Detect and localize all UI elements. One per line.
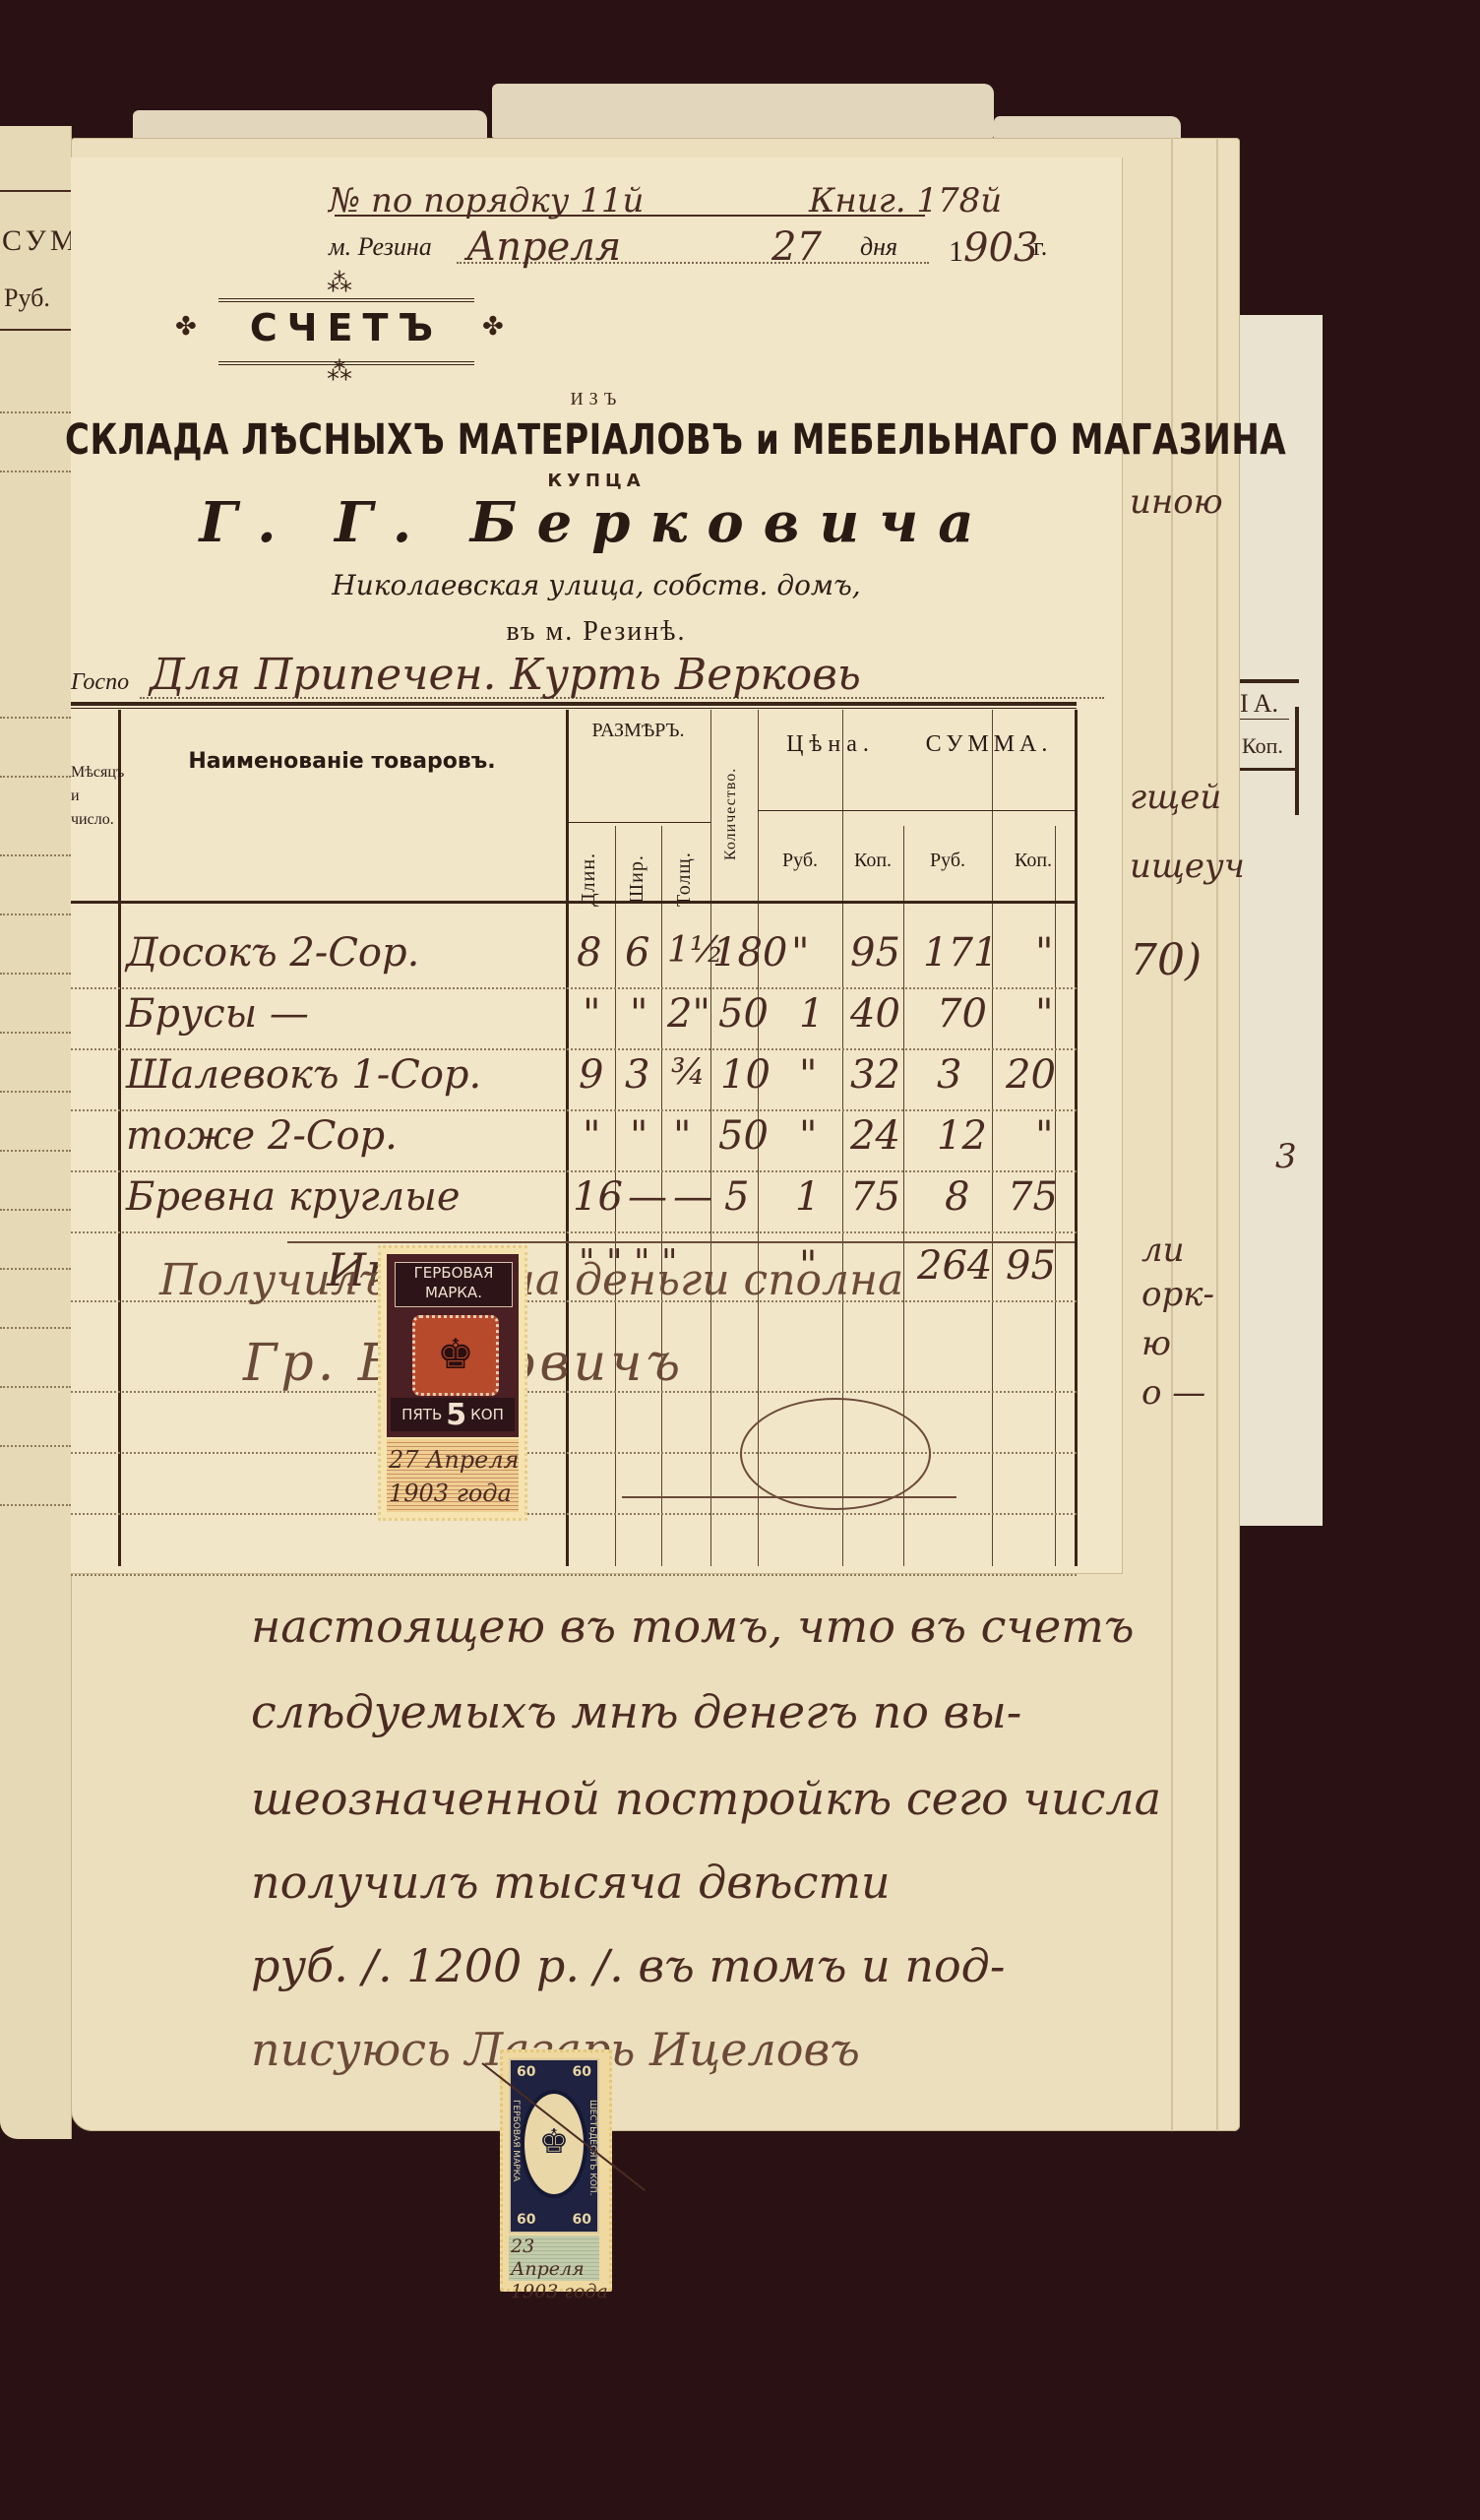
invoice-title: СЧЕТЪ bbox=[218, 306, 474, 349]
stamp-corner-value: 60 bbox=[517, 2064, 535, 2080]
table-row: Шалевокъ 1-Сор. 9 3 ¾ 10 " 32 3 20 bbox=[71, 1050, 1077, 1111]
dotted-rule bbox=[71, 1231, 1077, 1233]
cell-sum-kop: 75 bbox=[1008, 1174, 1058, 1220]
merchant-label: КУПЦА bbox=[71, 471, 1122, 491]
cell-length: " bbox=[583, 991, 600, 1037]
dotted-rule bbox=[0, 1386, 71, 1388]
cell-name: Досокъ 2-Сор. bbox=[126, 930, 419, 976]
cell-sum-kop: " bbox=[1035, 930, 1053, 976]
header-price: Цѣна. bbox=[758, 731, 903, 758]
cell-sum-rub: 8 bbox=[945, 1174, 969, 1220]
rub-header-fragment: Руб. bbox=[4, 283, 50, 313]
cell-sum-kop: 20 bbox=[1006, 1052, 1056, 1098]
cell-thickness: ¾ bbox=[671, 1052, 706, 1093]
stamp-value: ПЯТЬ5КОП bbox=[391, 1398, 515, 1431]
table-row: Досокъ 2-Сор. 8 6 1½ 180 " 95 171 " bbox=[71, 928, 1077, 989]
signature-flourish bbox=[740, 1398, 931, 1510]
table-row: Брусы — " " 2" 50 1 40 70 " bbox=[71, 989, 1077, 1050]
right-ledger-fragment: I A. Коп. bbox=[1240, 315, 1323, 1526]
receipt-line: получилъ тысяча двѣсти bbox=[251, 1856, 891, 1909]
receipt-note: Получилъ сполна деньги сполна bbox=[159, 1255, 903, 1305]
dotted-rule bbox=[0, 1268, 71, 1270]
stamp-title-line: ГЕРБОВАЯ bbox=[414, 1264, 494, 1282]
cell-name: тожe 2-Сор. bbox=[126, 1113, 398, 1159]
cell-price-rub: " bbox=[799, 1113, 817, 1159]
table-rule bbox=[71, 901, 1077, 904]
table-row: Бревна круглые 16 — — 5 1 75 8 75 bbox=[71, 1172, 1077, 1233]
date-year: 1903 bbox=[949, 224, 1038, 271]
cancel-date-line: 23 Апреля bbox=[511, 2236, 585, 2280]
cell-width: — bbox=[628, 1174, 667, 1220]
dotted-rule bbox=[0, 411, 71, 413]
dotted-rule bbox=[0, 776, 71, 778]
cell-price-kop: 32 bbox=[850, 1052, 900, 1098]
margin-handwriting: гщей bbox=[1130, 778, 1221, 817]
dotted-rule bbox=[71, 1574, 1077, 1576]
table-rule bbox=[1240, 768, 1295, 771]
cell-quantity: 10 bbox=[720, 1052, 771, 1098]
dotted-rule bbox=[0, 913, 71, 915]
merchant-name: Г. Г. Берковича bbox=[71, 490, 1122, 555]
cell-width: " bbox=[630, 991, 647, 1037]
table-row bbox=[71, 1515, 1077, 1576]
day-label: дня bbox=[860, 232, 897, 262]
cell-sum-kop: " bbox=[1035, 1113, 1053, 1159]
cell-price-kop: 24 bbox=[850, 1113, 900, 1159]
revenue-stamp-60-kop: 60 60 60 60 ♚ ГЕРБОВАЯ МАРКА ШЕСТЬДЕСЯТЪ… bbox=[500, 2049, 612, 2292]
date-month: Апреля bbox=[466, 224, 621, 270]
table-rule bbox=[0, 329, 71, 331]
cell-sum-kop: " bbox=[1035, 991, 1053, 1037]
cell-quantity: 50 bbox=[718, 991, 769, 1037]
table-rule bbox=[1295, 707, 1299, 815]
year-prefix: 1 bbox=[949, 235, 963, 268]
table-rule bbox=[758, 810, 1075, 811]
table-rule bbox=[1240, 679, 1299, 683]
eagle-emblem-icon: ♚ bbox=[521, 2090, 587, 2198]
table-rule bbox=[566, 822, 710, 823]
cell-length: " bbox=[583, 1113, 600, 1159]
cell-width: 6 bbox=[625, 930, 649, 976]
cell-name: Брусы — bbox=[126, 991, 309, 1037]
receipt-line: шеозначенной постройкѣ сего числа bbox=[251, 1772, 1161, 1825]
eagle-emblem-icon: ♚ bbox=[412, 1315, 499, 1396]
table-rule bbox=[71, 708, 1077, 709]
customer-name: Для Припечен. Курть Верковь bbox=[150, 650, 861, 700]
header-length: Длин. bbox=[578, 830, 600, 928]
stamp-corner-value: 60 bbox=[573, 2064, 591, 2080]
cell-quantity: 5 bbox=[724, 1174, 749, 1220]
cell-sum-rub: 12 bbox=[937, 1113, 987, 1159]
dotted-rule bbox=[0, 1150, 71, 1152]
cell-thickness: — bbox=[673, 1174, 712, 1220]
receipt-line: слѣдуемыхъ мнѣ денегъ по вы- bbox=[251, 1685, 1021, 1738]
cell-sum-rub: 3 bbox=[937, 1052, 961, 1098]
header-thickness: Толщ. bbox=[673, 830, 696, 928]
total-sum-rub: 264 bbox=[917, 1243, 992, 1289]
cell-price-rub: 1 bbox=[795, 1174, 820, 1220]
header-price-kop: Коп. bbox=[842, 850, 903, 872]
cancel-date-line: 1903 года bbox=[389, 1480, 512, 1507]
cell-name: Шалевокъ 1-Сор. bbox=[126, 1052, 481, 1098]
header-width: Шир. bbox=[626, 830, 648, 928]
header-month-day: Мѣсяцъ и число. bbox=[71, 761, 118, 832]
year-handwritten: 903 bbox=[963, 225, 1038, 271]
cell-thickness: " bbox=[673, 1113, 691, 1159]
stamp-value-right: КОП bbox=[470, 1406, 504, 1423]
margin-handwriting: ю bbox=[1141, 1324, 1171, 1363]
customer-label: Госпо bbox=[71, 669, 129, 696]
header-sum: СУММА. bbox=[903, 731, 1075, 758]
stamp-body: ГЕРБОВАЯМАРКА. ♚ ПЯТЬ5КОП bbox=[387, 1254, 519, 1437]
dotted-rule bbox=[0, 1445, 71, 1447]
stamp-corner-value: 60 bbox=[517, 2212, 535, 2228]
cell-length: 9 bbox=[579, 1052, 603, 1098]
cell-price-kop: 95 bbox=[850, 930, 900, 976]
cancel-date-line: 27 Апреля bbox=[389, 1446, 520, 1474]
address: Николаевская улица, собств. домъ, bbox=[71, 569, 1122, 601]
ornament-icon: ✤ bbox=[175, 312, 197, 342]
torn-paper-strip bbox=[133, 110, 487, 140]
header-goods-name: Наименованіе товаровъ. bbox=[118, 749, 566, 774]
cell-thickness: 2" bbox=[667, 991, 710, 1037]
header-price-rub: Руб. bbox=[758, 850, 842, 872]
kop-header-fragment: Коп. bbox=[1242, 733, 1283, 759]
cell-price-kop: 75 bbox=[850, 1174, 900, 1220]
invoice-sheet: № по порядку 11й Книг. 178й м. Резина Ап… bbox=[71, 157, 1123, 1574]
dotted-rule bbox=[0, 1209, 71, 1211]
place-label: м. Резина bbox=[329, 232, 432, 262]
margin-handwriting: ищеуч bbox=[1130, 847, 1245, 886]
cell-price-rub: " bbox=[791, 930, 809, 976]
invoice-title-cartouche: ✤ ✤ ⁂ ⁂ СЧЕТЪ bbox=[218, 281, 474, 379]
header-quantity: Количество. bbox=[722, 716, 740, 913]
stamp-cancel-date: 23 Апреля1903 года bbox=[511, 2236, 609, 2303]
town: въ м. Резинѣ. bbox=[71, 616, 1122, 648]
dotted-rule bbox=[0, 717, 71, 719]
cell-sum-rub: 171 bbox=[923, 930, 998, 976]
dotted-rule bbox=[0, 471, 71, 472]
table-rule bbox=[0, 190, 71, 192]
dotted-rule bbox=[0, 1032, 71, 1034]
date-day: 27 bbox=[771, 224, 822, 270]
cell-quantity: 180 bbox=[712, 930, 787, 976]
receipt-line: настоящею въ томъ, что въ счетъ bbox=[251, 1600, 1135, 1653]
year-suffix: г. bbox=[1033, 232, 1047, 262]
underline bbox=[335, 215, 925, 217]
dotted-rule bbox=[0, 1327, 71, 1329]
from-label: ИЗЪ bbox=[71, 389, 1122, 409]
cell-width: 3 bbox=[625, 1052, 649, 1098]
place-date-line: м. Резина Апреля 27 дня 1903 г. bbox=[329, 224, 1077, 268]
revenue-stamp-5-kop: ГЕРБОВАЯМАРКА. ♚ ПЯТЬ5КОП 27 Апреля1903 … bbox=[378, 1245, 527, 1521]
stamp-title: ГЕРБОВАЯМАРКА. bbox=[395, 1262, 513, 1307]
cell-length: 16 bbox=[573, 1174, 623, 1220]
header-size: РАЗМѢРЪ. bbox=[566, 720, 710, 742]
cell-price-kop: 40 bbox=[850, 991, 900, 1037]
stamp-value-left: ПЯТЬ bbox=[401, 1406, 442, 1423]
margin-handwriting: о — bbox=[1141, 1373, 1205, 1413]
dotted-rule bbox=[0, 1504, 71, 1506]
margin-handwriting: орк- bbox=[1141, 1275, 1214, 1314]
left-page-fragment: СУММ Руб. bbox=[0, 126, 72, 2139]
margin-handwriting: ли bbox=[1141, 1230, 1185, 1270]
total-sum-kop: 95 bbox=[1006, 1243, 1056, 1289]
stamp-value-number: 5 bbox=[442, 1398, 470, 1432]
header-sum-rub: Руб. bbox=[903, 850, 992, 872]
signature-underline bbox=[622, 1496, 956, 1498]
margin-handwriting: 3 bbox=[1275, 1137, 1297, 1176]
table-rule bbox=[1240, 719, 1289, 720]
cell-sum-rub: 70 bbox=[937, 991, 987, 1037]
stamp-title-line: МАРКА. bbox=[425, 1284, 482, 1301]
sum-header-fragment: I A. bbox=[1240, 689, 1278, 719]
margin-handwriting: иною bbox=[1130, 482, 1223, 522]
table-rule bbox=[71, 702, 1077, 706]
receipt-line: руб. /. 1200 р. /. въ томъ и под- bbox=[251, 1939, 1005, 1992]
dotted-rule bbox=[0, 854, 71, 856]
stamp-cancel-date: 27 Апреля1903 года bbox=[389, 1443, 520, 1510]
ornament-icon: ✤ bbox=[482, 312, 504, 342]
header-sum-kop: Коп. bbox=[992, 850, 1075, 872]
cell-name: Бревна круглые bbox=[126, 1174, 461, 1220]
stamp-title: ГЕРБОВАЯ МАРКА bbox=[511, 2100, 521, 2198]
cell-price-rub: 1 bbox=[799, 991, 824, 1037]
cell-price-rub: " bbox=[799, 1052, 817, 1098]
cell-quantity: 50 bbox=[718, 1113, 769, 1159]
table-row: тожe 2-Сор. " " " 50 " 24 12 " bbox=[71, 1111, 1077, 1172]
dotted-rule bbox=[0, 1091, 71, 1093]
dotted-rule bbox=[0, 973, 71, 975]
cancel-date-line: 1903 года bbox=[511, 2281, 608, 2302]
cell-width: " bbox=[630, 1113, 647, 1159]
ornament-icon: ⁂ bbox=[327, 269, 352, 298]
margin-handwriting: 70) bbox=[1130, 935, 1202, 985]
stamp-corner-value: 60 bbox=[573, 2212, 591, 2228]
torn-paper-strip bbox=[492, 84, 994, 138]
cell-length: 8 bbox=[577, 930, 601, 976]
company-name: СКЛАДА ЛѢСНЫХЪ МАТЕРІАЛОВЪ и МЕБЕЛЬНАГО … bbox=[65, 415, 1286, 465]
